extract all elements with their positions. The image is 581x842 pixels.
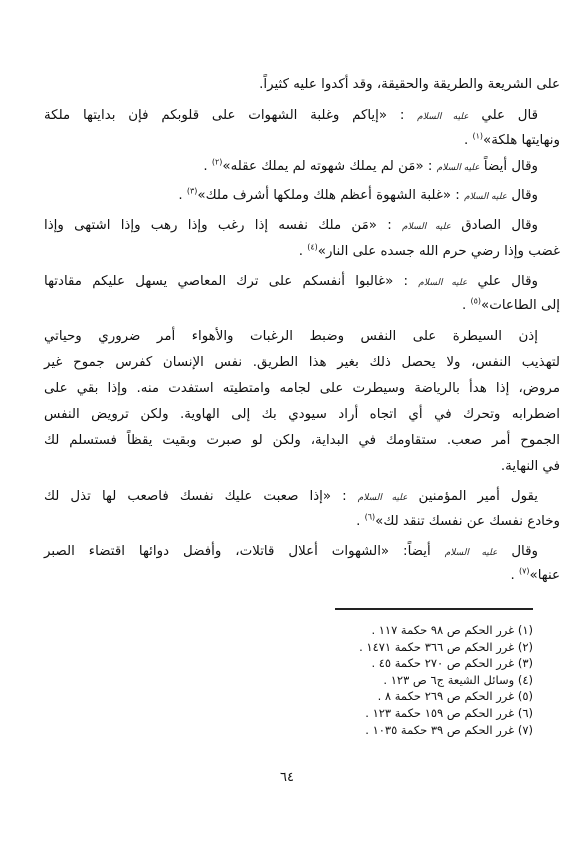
text-line: الجموح أمر صعب. ستقاومك في البداية، ولكن… xyxy=(44,429,560,453)
footnote-item: (٣) غرر الحكم ص ٢٧٠ حكمة ٤٥ . xyxy=(371,655,533,672)
line-text: : «غالبوا أنفسكم على ترك المعاصي يسهل عل… xyxy=(44,274,408,289)
text-line: ونهايتها هلكة»(١) . xyxy=(464,129,560,153)
line-text: في النهاية. xyxy=(501,459,560,474)
honorific-glyph-icon: عليه السلام xyxy=(417,112,468,122)
footnote-number: (٢) xyxy=(518,640,533,654)
line-text: : «مَن لم يملك شهوته لم يملك عقله» xyxy=(222,159,432,174)
text-line: وقال عليه السلام : «غلبة الشهوة أعظم هلك… xyxy=(178,184,560,209)
line-text: ونهايتها هلكة» xyxy=(483,133,560,148)
line-text: أيضاً: «الشهوات أعلال قاتلات، وأفضل دوائ… xyxy=(44,544,431,559)
line-text: إلى الطاعات» xyxy=(481,298,560,313)
footnote-item: (٦) غرر الحكم ص ١٥٩ حكمة ١٢٣ . xyxy=(365,705,533,722)
footnote-item: (٥) غرر الحكم ص ٢٦٩ حكمة ٨ . xyxy=(378,688,533,705)
text-line: وخادع نفسك عن نفسك تنقد لك»(٦) . xyxy=(356,510,560,534)
footnote-number: (٧) xyxy=(518,723,533,737)
text-line: غضب وإذا رضي حرم الله جسده على النار»(٤)… xyxy=(299,240,560,264)
footnote-ref[interactable]: (٣) xyxy=(187,187,198,196)
footnote-text: وسائل الشيعة ج٦ ص ١٢٣ . xyxy=(383,673,514,687)
honorific-glyph-icon: عليه السلام xyxy=(358,493,408,503)
footnote-ref[interactable]: (٥) xyxy=(471,297,482,306)
footnote-separator xyxy=(335,608,533,610)
speaker: وقال أيضاً xyxy=(484,159,538,174)
footnote-text: غرر الحكم ص ٩٨ حكمة ١١٧ . xyxy=(371,623,514,637)
body-text: على الشريعة والطريقة والحقيقة، وقد أكدوا… xyxy=(44,0,560,600)
text-line: مروض، إذا هدأ بالرياضة وسيطرت على لجامه … xyxy=(44,377,560,401)
footnote-item: (٢) غرر الحكم ص ٣٦٦ حكمة ١٤٧١ . xyxy=(359,639,533,656)
footnote-text: غرر الحكم ص ٣٩ حكمة ١٠٣٥ . xyxy=(365,723,514,737)
line-text: : «إذا صعبت عليك نفسك فاصعب لها تذل لك xyxy=(44,489,347,504)
footnote-number: (٤) xyxy=(518,673,533,687)
footnote-ref[interactable]: (٢) xyxy=(212,158,223,167)
text-line: قال علي عليه السلام : «إياكم وغلبة الشهو… xyxy=(44,104,560,129)
honorific-glyph-icon: عليه السلام xyxy=(464,192,507,202)
footnote-ref[interactable]: (٧) xyxy=(519,567,530,576)
punctuation: . xyxy=(299,244,308,259)
footnote-number: (١) xyxy=(518,623,533,637)
line-text: اضطرابه وتحرك في أي اتجاه أراد سيودي بك … xyxy=(44,407,560,422)
footnote-number: (٣) xyxy=(518,656,533,670)
book-page: على الشريعة والطريقة والحقيقة، وقد أكدوا… xyxy=(0,0,581,842)
honorific-glyph-icon: عليه السلام xyxy=(402,222,451,232)
punctuation: . xyxy=(356,514,365,529)
line-text: : «إياكم وغلبة الشهوات على قلوبكم فإن بد… xyxy=(44,108,404,123)
honorific-glyph-icon: عليه السلام xyxy=(437,163,480,173)
speaker: وقال xyxy=(511,188,538,203)
line-text: على الشريعة والطريقة والحقيقة، وقد أكدوا… xyxy=(259,77,560,92)
text-line: وقال الصادق عليه السلام : «مَن ملك نفسه … xyxy=(44,214,560,239)
line-text: غضب وإذا رضي حرم الله جسده على النار» xyxy=(318,244,560,259)
punctuation: . xyxy=(203,159,212,174)
speaker: قال علي xyxy=(481,108,538,123)
line-text: لتهذيب النفس، ولا يحصل ذلك بغير هذا الطر… xyxy=(44,355,560,370)
footnote-ref[interactable]: (٦) xyxy=(365,513,376,522)
text-line: عنها»(٧) . xyxy=(510,564,560,588)
speaker: وقال علي xyxy=(477,274,538,289)
text-line: وقال علي عليه السلام : «غالبوا أنفسكم عل… xyxy=(44,270,560,295)
footnote-text: غرر الحكم ص ١٥٩ حكمة ١٢٣ . xyxy=(365,706,514,720)
text-line: لتهذيب النفس، ولا يحصل ذلك بغير هذا الطر… xyxy=(44,351,560,375)
punctuation: . xyxy=(178,188,187,203)
line-text: : «غلبة الشهوة أعظم هلك وملكها أشرف ملك» xyxy=(197,188,459,203)
footnote-ref[interactable]: (٤) xyxy=(307,243,318,252)
text-line: وقال عليه السلام أيضاً: «الشهوات أعلال ق… xyxy=(44,540,560,565)
text-line: وقال أيضاً عليه السلام : «مَن لم يملك شه… xyxy=(203,155,560,180)
footnote-item: (١) غرر الحكم ص ٩٨ حكمة ١١٧ . xyxy=(371,622,533,639)
text-line: على الشريعة والطريقة والحقيقة، وقد أكدوا… xyxy=(259,73,560,97)
speaker: وقال xyxy=(511,544,538,559)
line-text: مروض، إذا هدأ بالرياضة وسيطرت على لجامه … xyxy=(44,381,560,396)
footnote-number: (٦) xyxy=(518,706,533,720)
speaker: وقال الصادق xyxy=(461,218,538,233)
honorific-glyph-icon: عليه السلام xyxy=(445,548,498,558)
line-text: عنها» xyxy=(530,568,560,583)
page-number: ٦٤ xyxy=(280,770,294,785)
footnote-item: (٤) وسائل الشيعة ج٦ ص ١٢٣ . xyxy=(383,672,533,689)
footnote-text: غرر الحكم ص ٣٦٦ حكمة ١٤٧١ . xyxy=(359,640,514,654)
text-line: إلى الطاعات»(٥) . xyxy=(462,294,560,318)
punctuation: . xyxy=(462,298,471,313)
text-line: اضطرابه وتحرك في أي اتجاه أراد سيودي بك … xyxy=(44,403,560,427)
line-text: وخادع نفسك عن نفسك تنقد لك» xyxy=(375,514,560,529)
punctuation: . xyxy=(510,568,519,583)
honorific-glyph-icon: عليه السلام xyxy=(418,278,467,288)
line-text: إذن السيطرة على النفس وضبط الرغبات والأه… xyxy=(44,329,538,344)
footnote-ref[interactable]: (١) xyxy=(472,132,483,141)
line-text: الجموح أمر صعب. ستقاومك في البداية، ولكن… xyxy=(44,433,560,448)
footnote-text: غرر الحكم ص ٢٦٩ حكمة ٨ . xyxy=(378,689,515,703)
footnote-item: (٧) غرر الحكم ص ٣٩ حكمة ١٠٣٥ . xyxy=(365,722,533,739)
footnote-text: غرر الحكم ص ٢٧٠ حكمة ٤٥ . xyxy=(371,656,514,670)
text-line: يقول أمير المؤمنين عليه السلام : «إذا صع… xyxy=(44,485,560,510)
text-line: إذن السيطرة على النفس وضبط الرغبات والأه… xyxy=(44,325,560,349)
text-line: في النهاية. xyxy=(501,455,560,479)
line-text: : «مَن ملك نفسه إذا رغب وإذا رهب وإذا اش… xyxy=(44,218,392,233)
speaker: يقول أمير المؤمنين xyxy=(419,489,538,504)
footnote-number: (٥) xyxy=(518,689,533,703)
